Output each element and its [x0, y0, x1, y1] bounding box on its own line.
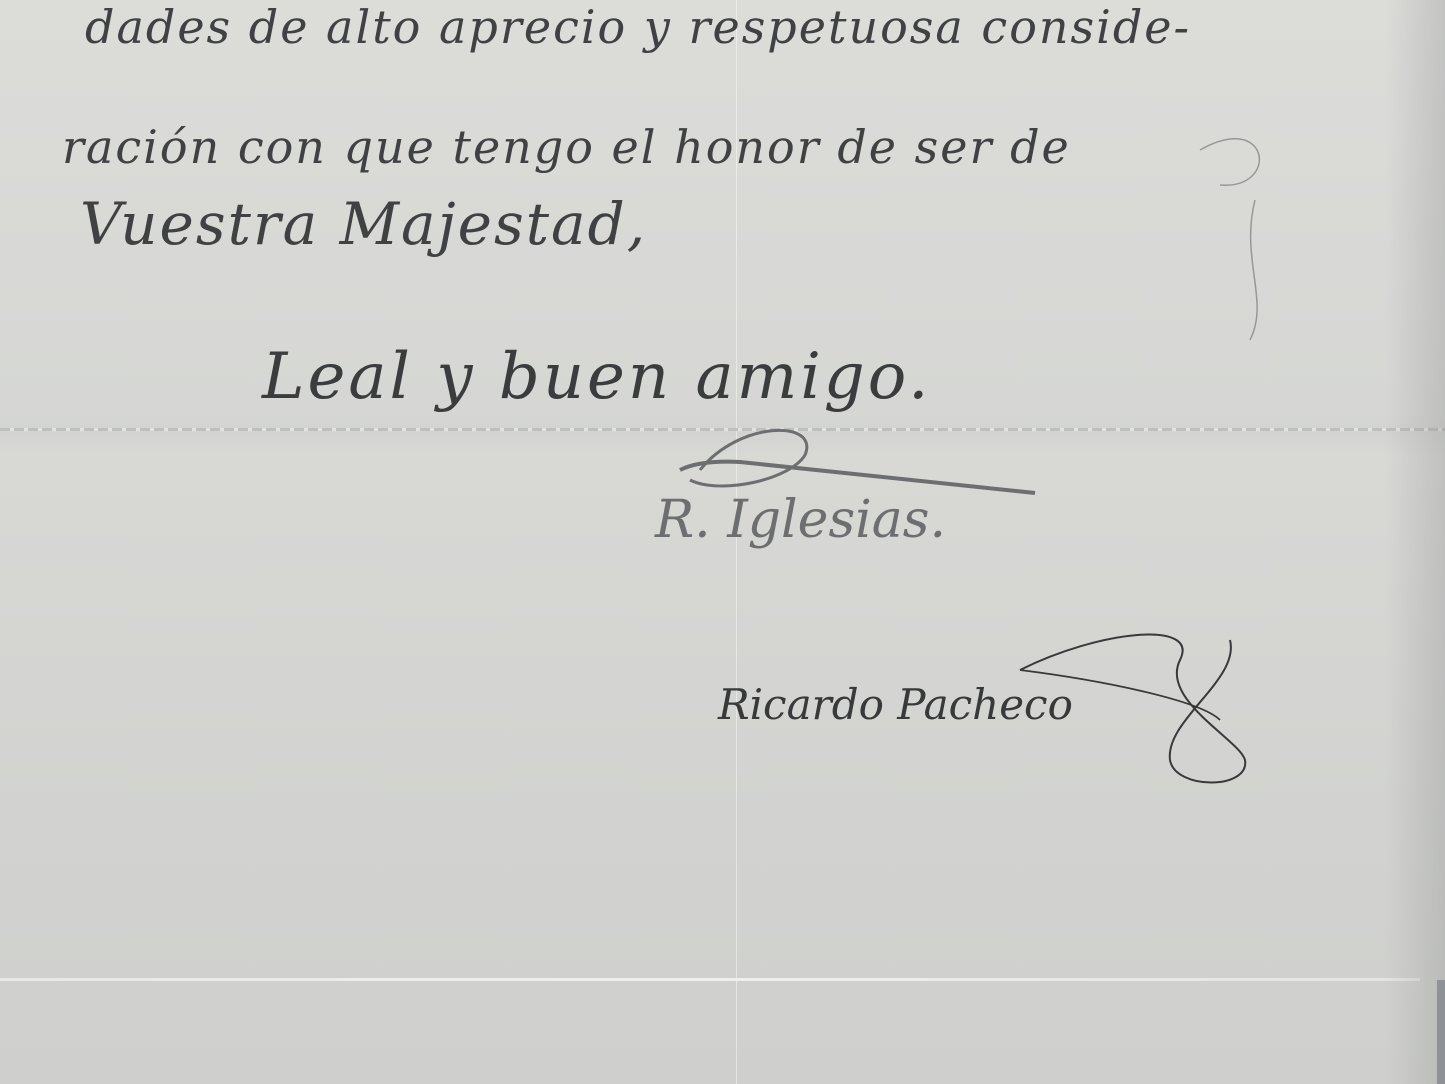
body-line-3: Vuestra Majestad,	[80, 190, 647, 258]
body-line-2: ración con que tengo el honor de ser de	[62, 120, 1071, 174]
signature-iglesias: R. Iglesias.	[655, 490, 946, 550]
lower-fold-crease	[0, 978, 1420, 981]
table-surface-edge	[1437, 980, 1445, 1084]
closing-phrase: Leal y buen amigo.	[262, 340, 932, 414]
body-line-1: dades de alto aprecio y respetuosa consi…	[85, 0, 1191, 54]
right-edge-shadow	[1385, 0, 1445, 1084]
signature-pacheco: Ricardo Pacheco	[718, 680, 1073, 729]
upper-fold-crease	[0, 428, 1445, 431]
